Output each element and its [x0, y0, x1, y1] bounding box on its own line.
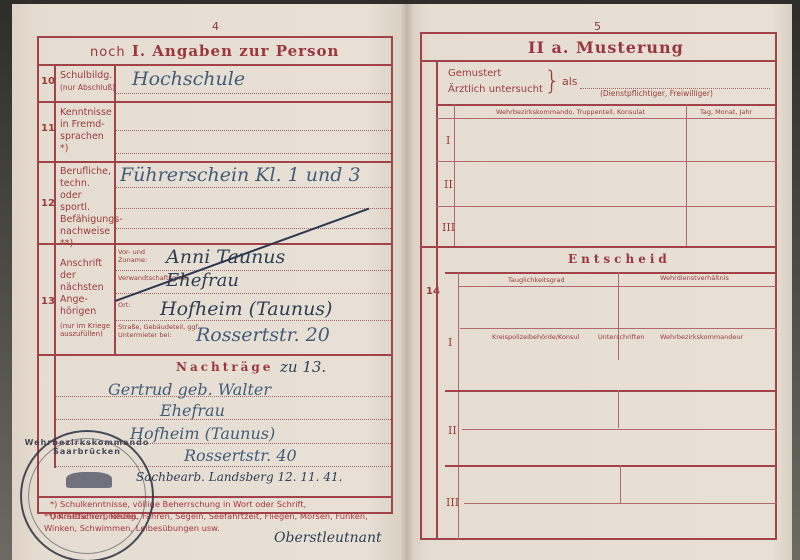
nachtrag-line-2: Ehefrau — [160, 401, 225, 420]
divider — [445, 465, 777, 467]
column-line — [686, 104, 687, 248]
field-value-verwandtschaft: Ehefrau — [166, 270, 239, 291]
column-line — [54, 64, 56, 354]
row-label-anschrift: Anschrift der nächsten Ange-hörigen — [60, 258, 110, 318]
untersucht-label: Ärztlich untersucht — [448, 84, 543, 96]
dotted-line — [116, 153, 391, 154]
divider — [464, 503, 777, 504]
row-label-schulbildung: Schulbildg. — [60, 70, 112, 82]
entscheid-title: Entscheid — [568, 252, 671, 266]
field-label-ort: Ort: — [118, 301, 131, 309]
divider — [436, 104, 777, 106]
field-value-schulbildung: Hochschule — [132, 68, 245, 90]
row-numeral: II — [448, 424, 457, 437]
divider — [37, 243, 393, 245]
divider — [37, 64, 393, 66]
book-gutter — [400, 4, 414, 560]
signature: Oberstleutnant — [274, 530, 382, 546]
field-value-name: Anni Taunus — [166, 246, 285, 268]
field-value-befaehigung: Führerschein Kl. 1 und 3 — [120, 164, 361, 186]
row-numeral: II — [444, 178, 453, 191]
left-header: noch I. Angaben zur Person — [90, 42, 339, 60]
brace-icon: } — [544, 66, 561, 96]
stamp-text: Wehrbezirkskommando Saarbrücken — [22, 438, 152, 456]
sig-header-unterschriften: Unterschriften — [598, 333, 645, 341]
divider — [436, 161, 777, 162]
sig-header-kommandeur: Wehrbezirkskommandeur — [660, 333, 743, 341]
field-label-strasse: Straße, Gebäudeteil, ggf. Untermieter be… — [118, 323, 208, 339]
row-sublabel: (nur im Kriege auszufüllen) — [60, 322, 114, 338]
row-number-14: 14 — [426, 286, 440, 297]
dotted-line — [56, 419, 391, 420]
nachtraege-title: Nachträge — [176, 360, 273, 374]
divider — [37, 161, 393, 163]
row-number-11: 11 — [41, 123, 55, 134]
row-numeral: I — [448, 336, 452, 349]
divider — [436, 118, 777, 119]
nachtrag-line-5: Sachbearb. Landsberg 12. 11. 41. — [136, 470, 342, 484]
column-line — [114, 64, 116, 354]
row-numeral: III — [442, 221, 455, 234]
column-line — [436, 60, 438, 540]
row-numeral: I — [446, 134, 450, 147]
page-number-left: 4 — [212, 20, 219, 33]
col-header-wehrbezirk: Wehrbezirkskommando, Truppenteil, Konsul… — [496, 108, 645, 116]
divider — [420, 60, 777, 62]
row-label-befaehigung: Berufliche, techn. oder sportl. Befähigu… — [60, 166, 114, 250]
row-numeral: III — [446, 496, 459, 509]
field-value-ort: Hofheim (Taunus) — [160, 298, 332, 320]
divider — [460, 328, 777, 329]
dotted-line — [116, 93, 391, 94]
divider — [420, 246, 777, 248]
dotted-line — [116, 293, 391, 294]
divider — [458, 286, 777, 287]
row-sublabel: (nur Abschluß) — [60, 84, 115, 92]
dotted-line — [116, 270, 391, 271]
dotted-line — [116, 130, 391, 131]
field-label-name: Vor- und Zuname: — [118, 248, 152, 264]
column-line — [618, 390, 619, 428]
dotted-line — [56, 396, 391, 397]
col-header-tauglichkeit: Tauglichkeitsgrad — [508, 276, 565, 284]
dotted-line — [116, 228, 391, 229]
sig-header-kreispolizei: Kreispolizeibehörde/Konsul — [492, 333, 579, 341]
dotted-line — [116, 208, 391, 209]
nachtraege-annotation: zu 13. — [280, 358, 326, 376]
nachtrag-line-4: Rossertstr. 40 — [184, 446, 297, 465]
official-stamp: Wehrbezirkskommando Saarbrücken — [20, 430, 154, 560]
divider — [436, 206, 777, 207]
eagle-emblem-icon — [66, 472, 112, 488]
divider — [37, 354, 393, 356]
header-prefix: noch — [90, 45, 126, 60]
row-label-fremdsprachen: Kenntnisse in Fremd-sprachen *) — [60, 107, 112, 155]
field-value-strasse: Rossertstr. 20 — [196, 324, 330, 346]
divider — [37, 101, 393, 103]
column-line — [620, 465, 621, 503]
divider — [445, 390, 777, 392]
dotted-line — [116, 187, 391, 188]
col-header-datum: Tag, Monat, Jahr — [700, 108, 752, 116]
row-number-12: 12 — [41, 198, 55, 209]
gemustert-label: Gemustert — [448, 68, 501, 80]
dotted-line — [116, 320, 391, 321]
row-number-13: 13 — [41, 296, 55, 307]
header-title: I. Angaben zur Person — [132, 42, 340, 60]
row-number-10: 10 — [41, 76, 55, 87]
als-label: als — [562, 76, 578, 88]
right-header: II a. Musterung — [528, 38, 684, 57]
als-hint: (Dienstpflichtiger, Freiwilliger) — [600, 90, 713, 98]
field-label-verwandtschaft: Verwandtschaftsgrad: — [118, 274, 160, 282]
divider — [462, 429, 777, 430]
col-header-wehrdienst: Wehrdienstverhältnis — [660, 274, 729, 282]
